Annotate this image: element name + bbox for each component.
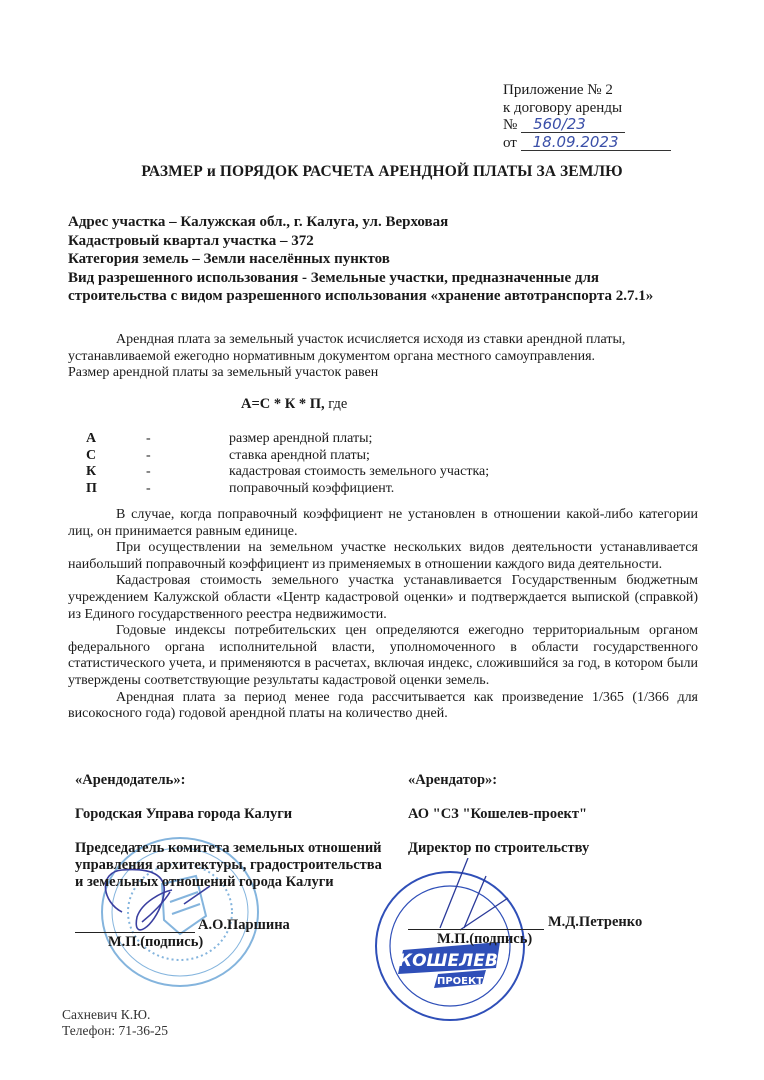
legend-row: К - кадастровая стоимость земельного уча…: [86, 464, 489, 481]
executor-phone: Телефон: 71-36-25: [62, 1023, 168, 1039]
lessee-organization: АО "СЗ "Кошелев-проект": [408, 806, 589, 823]
lessor-position-2: управления архитектуры, градостроительст…: [75, 857, 382, 874]
legend-row: С - ставка арендной платы;: [86, 448, 489, 465]
contract-number: 560/23: [521, 117, 625, 133]
lessor-signatory: А.О.Паршина: [198, 917, 290, 934]
contract-date: 18.09.2023: [521, 135, 671, 151]
legend-dash: -: [146, 431, 229, 448]
lessee-signatory: М.Д.Петренко: [548, 914, 642, 931]
parcel-cadastral-block: Кадастровый квартал участка – 372: [68, 232, 653, 251]
terms-paragraphs: В случае, когда поправочный коэффициент …: [68, 507, 698, 723]
legend-description: кадастровая стоимость земельного участка…: [229, 464, 489, 481]
paragraph-cadastral-value: Кадастровая стоимость земельного участка…: [68, 573, 698, 623]
legend-symbol: А: [86, 431, 146, 448]
annex-title: Приложение № 2: [503, 82, 671, 100]
legend-symbol: К: [86, 464, 146, 481]
intro-line-1: Арендная плата за земельный участок исчи…: [68, 332, 688, 349]
legend-symbol: С: [86, 448, 146, 465]
lessor-seal-label: М.П.(подпись): [108, 934, 203, 951]
legend-dash: -: [146, 464, 229, 481]
lessee-signature-line: [408, 929, 544, 930]
annex-number-row: № 560/23: [503, 117, 671, 135]
parcel-address: Адрес участка – Калужская обл., г. Калуг…: [68, 213, 653, 232]
lessor-role: «Арендодатель»:: [75, 772, 382, 789]
formula-expression: А=С * К * П,: [241, 396, 325, 412]
intro-line-3: Размер арендной платы за земельный участ…: [68, 365, 688, 382]
legend-description: размер арендной платы;: [229, 431, 372, 448]
lessor-organization: Городская Управа города Калуги: [75, 806, 382, 823]
paragraph-multiple-activities: При осуществлении на земельном участке н…: [68, 540, 698, 573]
lessee-position: Директор по строительству: [408, 840, 589, 857]
annex-date-row: от 18.09.2023: [503, 135, 671, 153]
number-label: №: [503, 117, 517, 133]
lessee-seal-label: М.П.(подпись): [437, 931, 532, 948]
intro-line-2: устанавливаемой ежегодно нормативным док…: [68, 349, 688, 366]
legend-row: П - поправочный коэффициент.: [86, 481, 489, 498]
lessee-stamp-logo: КОШЕЛЕВ: [398, 951, 498, 971]
executor-footer: Сахневич К.Ю. Телефон: 71-36-25: [62, 1007, 168, 1039]
legend-dash: -: [146, 481, 229, 498]
date-label: от: [503, 135, 517, 151]
paragraph-partial-year: Арендная плата за период менее года расс…: [68, 690, 698, 723]
paragraph-price-indices: Годовые индексы потребительских цен опре…: [68, 623, 698, 689]
parcel-parameters: Адрес участка – Калужская обл., г. Калуг…: [68, 213, 653, 306]
lessee-role: «Арендатор»:: [408, 772, 589, 789]
parcel-land-category: Категория земель – Земли населённых пунк…: [68, 250, 653, 269]
rent-formula: А=С * К * П, где: [241, 396, 347, 413]
formula-legend: А - размер арендной платы; С - ставка ар…: [86, 431, 489, 497]
legend-row: А - размер арендной платы;: [86, 431, 489, 448]
legend-dash: -: [146, 448, 229, 465]
document-title: РАЗМЕР и ПОРЯДОК РАСЧЕТА АРЕНДНОЙ ПЛАТЫ …: [0, 163, 764, 181]
paragraph-coefficient-default: В случае, когда поправочный коэффициент …: [68, 507, 698, 540]
parcel-permitted-use-2: строительства с видом разрешенного испол…: [68, 287, 653, 306]
formula-suffix: где: [325, 396, 348, 412]
executor-name: Сахневич К.Ю.: [62, 1007, 168, 1023]
annex-contract-ref: к договору аренды: [503, 100, 671, 118]
annex-header: Приложение № 2 к договору аренды № 560/2…: [503, 82, 671, 152]
legend-symbol: П: [86, 481, 146, 498]
lessor-position-3: и земельных отношений города Калуги: [75, 874, 382, 891]
lessee-block: «Арендатор»: АО "СЗ "Кошелев-проект" Дир…: [408, 772, 589, 857]
parcel-permitted-use-1: Вид разрешенного использования - Земельн…: [68, 269, 653, 288]
legend-description: ставка арендной платы;: [229, 448, 370, 465]
lessor-block: «Арендодатель»: Городская Управа города …: [75, 772, 382, 891]
lessor-position-1: Председатель комитета земельных отношени…: [75, 840, 382, 857]
legend-description: поправочный коэффициент.: [229, 481, 394, 498]
lessor-signature-line: [75, 932, 195, 933]
intro-paragraph: Арендная плата за земельный участок исчи…: [68, 332, 688, 382]
lessee-stamp-logo-sub: ПРОЕКТ: [437, 976, 483, 987]
